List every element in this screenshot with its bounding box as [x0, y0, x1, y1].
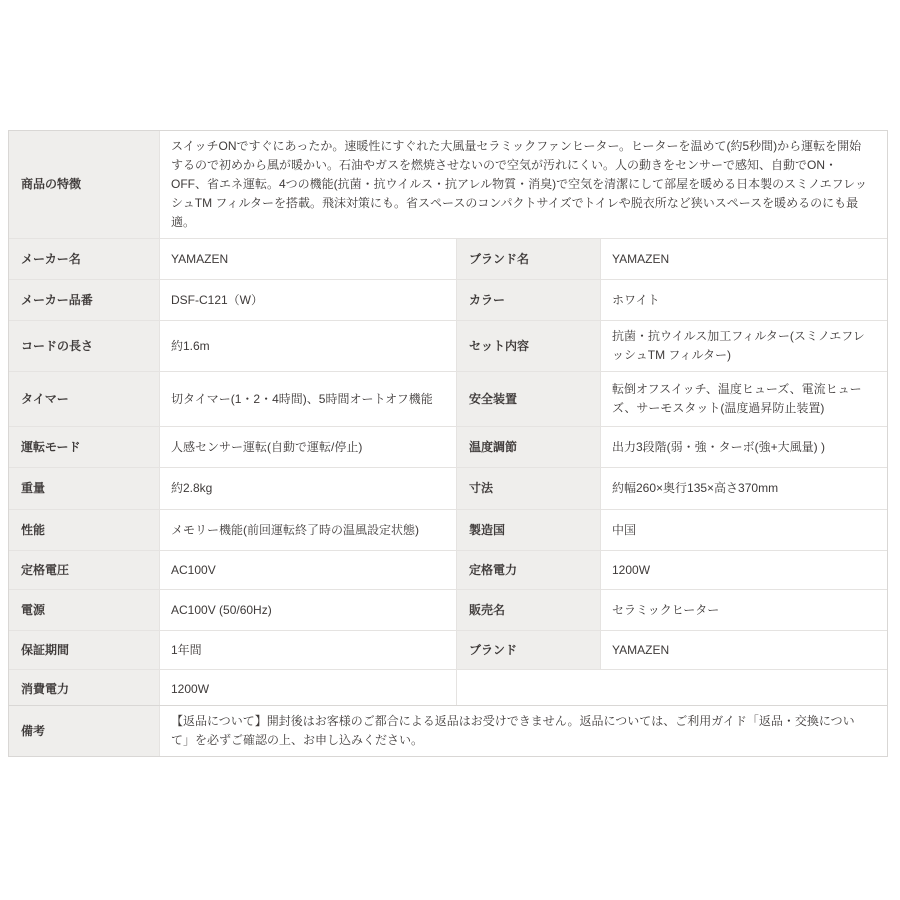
spec-value: スイッチONですぐにあったか。速暖性にすぐれた大風量セラミックファンヒーター。ヒ…	[159, 131, 887, 238]
spec-value: YAMAZEN	[600, 631, 887, 669]
spec-value: 1200W	[600, 551, 887, 589]
spec-row: 定格電圧 AC100V 定格電力 1200W	[9, 550, 887, 589]
spec-row: 運転モード 人感センサー運転(自動で運転/停止) 温度調節 出力3段階(弱・強・…	[9, 426, 887, 467]
spec-value: 人感センサー運転(自動で運転/停止)	[159, 427, 456, 467]
spec-row: 保証期間 1年間 ブランド YAMAZEN	[9, 630, 887, 669]
spec-label: 温度調節	[456, 427, 600, 467]
spec-label: コードの長さ	[9, 321, 159, 371]
spec-label: タイマー	[9, 372, 159, 426]
spec-value: 1年間	[159, 631, 456, 669]
spec-label: 販売名	[456, 590, 600, 630]
spec-value: AC100V (50/60Hz)	[159, 590, 456, 630]
spec-value: メモリー機能(前回運転終了時の温風設定状態)	[159, 510, 456, 550]
spec-value: 抗菌・抗ウイルス加工フィルター(スミノエフレッシュTM フィルター)	[600, 321, 887, 371]
spec-label: 電源	[9, 590, 159, 630]
spec-value: セラミックヒーター	[600, 590, 887, 630]
spec-row: タイマー 切タイマー(1・2・4時間)、5時間オートオフ機能 安全装置 転倒オフ…	[9, 371, 887, 426]
spec-label: 製造国	[456, 510, 600, 550]
spec-row: コードの長さ 約1.6m セット内容 抗菌・抗ウイルス加工フィルター(スミノエフ…	[9, 320, 887, 371]
spec-value: 約1.6m	[159, 321, 456, 371]
spec-value: 1200W	[159, 670, 456, 708]
spec-value: 中国	[600, 510, 887, 550]
spec-label: 商品の特徴	[9, 131, 159, 238]
spec-label: 定格電圧	[9, 551, 159, 589]
spec-label: 消費電力	[9, 670, 159, 708]
spec-label: 寸法	[456, 468, 600, 509]
spec-label: メーカー品番	[9, 280, 159, 320]
remarks-row: 備考 【返品について】開封後はお客様のご都合による返品はお受けできません。返品に…	[9, 706, 887, 756]
empty-cell	[456, 670, 887, 708]
spec-value: 切タイマー(1・2・4時間)、5時間オートオフ機能	[159, 372, 456, 426]
spec-value: YAMAZEN	[600, 239, 887, 279]
spec-table: 商品の特徴 スイッチONですぐにあったか。速暖性にすぐれた大風量セラミックファン…	[8, 130, 888, 709]
remarks-table: 備考 【返品について】開封後はお客様のご都合による返品はお受けできません。返品に…	[8, 705, 888, 757]
spec-label: 保証期間	[9, 631, 159, 669]
spec-row: 消費電力 1200W	[9, 669, 887, 708]
spec-row: 電源 AC100V (50/60Hz) 販売名 セラミックヒーター	[9, 589, 887, 630]
spec-value: ホワイト	[600, 280, 887, 320]
spec-value: DSF-C121（W）	[159, 280, 456, 320]
spec-label: セット内容	[456, 321, 600, 371]
product-spec-page: 商品の特徴 スイッチONですぐにあったか。速暖性にすぐれた大風量セラミックファン…	[0, 0, 900, 900]
spec-value: YAMAZEN	[159, 239, 456, 279]
spec-label: 重量	[9, 468, 159, 509]
spec-label: メーカー名	[9, 239, 159, 279]
spec-value: 約幅260×奥行135×高さ370mm	[600, 468, 887, 509]
spec-row: 性能 メモリー機能(前回運転終了時の温風設定状態) 製造国 中国	[9, 509, 887, 550]
spec-label: 安全装置	[456, 372, 600, 426]
spec-value: 出力3段階(弱・強・ターボ(強+大風量) )	[600, 427, 887, 467]
spec-value: 転倒オフスイッチ、温度ヒューズ、電流ヒューズ、サーモスタット(温度過昇防止装置)	[600, 372, 887, 426]
spec-label: 定格電力	[456, 551, 600, 589]
spec-value: AC100V	[159, 551, 456, 589]
spec-label: 運転モード	[9, 427, 159, 467]
spec-row: メーカー名 YAMAZEN ブランド名 YAMAZEN	[9, 238, 887, 279]
spec-value: 約2.8kg	[159, 468, 456, 509]
spec-label: カラー	[456, 280, 600, 320]
spec-row: メーカー品番 DSF-C121（W） カラー ホワイト	[9, 279, 887, 320]
spec-row: 重量 約2.8kg 寸法 約幅260×奥行135×高さ370mm	[9, 467, 887, 509]
remarks-label: 備考	[9, 706, 159, 756]
spec-label: ブランド名	[456, 239, 600, 279]
spec-label: ブランド	[456, 631, 600, 669]
spec-label: 性能	[9, 510, 159, 550]
remarks-value: 【返品について】開封後はお客様のご都合による返品はお受けできません。返品について…	[159, 706, 887, 756]
spec-row-features: 商品の特徴 スイッチONですぐにあったか。速暖性にすぐれた大風量セラミックファン…	[9, 131, 887, 238]
